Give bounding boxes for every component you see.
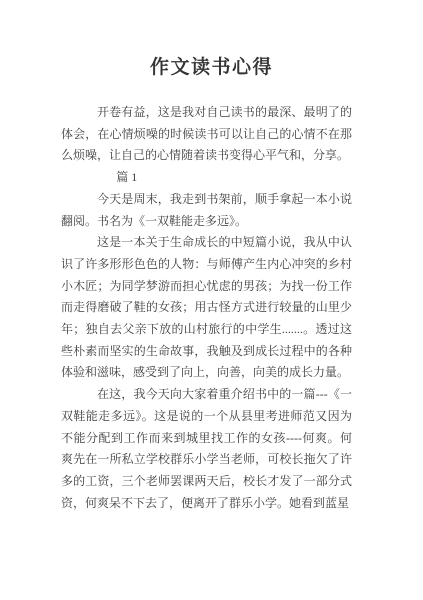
document-title: 作文读书心得 [0,52,423,79]
section-label-pian-1: 篇 1 [61,167,352,189]
paragraph-weekend-book: 今天是周末，我走到书架前，顺手拿起一本小说翻阅。书名为《一双鞋能走多远》。 [61,189,352,232]
paragraph-book-overview: 这是一本关于生命成长的中短篇小说，我从中认识了许多形形色色的人物：与师傅产生内心… [61,232,352,384]
paragraph-intro: 开卷有益，这是我对自己读书的最深、最明了的体会，在心情烦噪的时候读书可以让自己的… [61,102,352,167]
paragraph-story-intro: 在这，我今天向大家着重介绍书中的一篇---《一双鞋能走多远》。这是说的一个从县里… [61,384,352,514]
document-body: 开卷有益，这是我对自己读书的最深、最明了的体会，在心情烦噪的时候读书可以让自己的… [61,102,352,514]
document-page: 作文读书心得 开卷有益，这是我对自己读书的最深、最明了的体会，在心情烦噪的时候读… [0,0,423,600]
